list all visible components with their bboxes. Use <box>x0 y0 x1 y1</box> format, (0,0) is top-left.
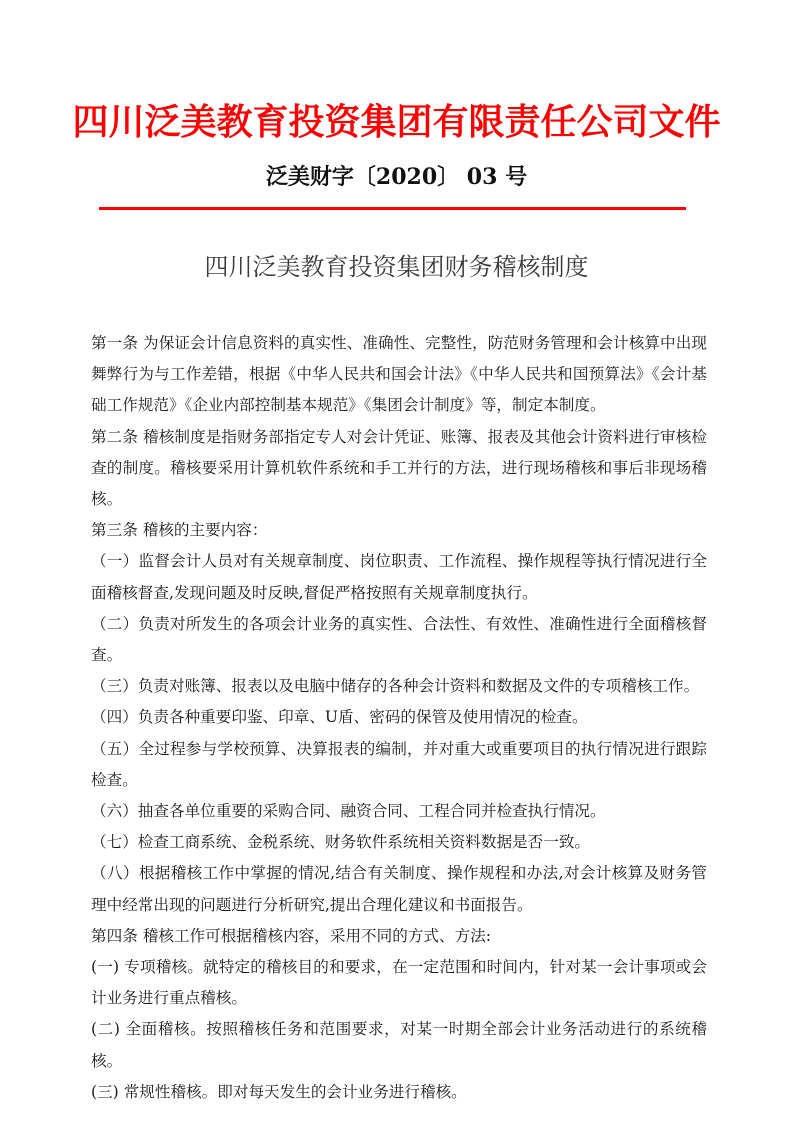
header-red-divider <box>99 207 686 210</box>
article-1: 第一条 为保证会计信息资料的真实性、准确性、完整性，防范财务管理和会计核算中出现… <box>91 328 707 422</box>
article-3-item-8: （八）根据稽核工作中掌握的情况,结合有关制度、操作规程和办法,对会计核算及财务管… <box>91 858 707 920</box>
article-3-item-5: （五）全过程参与学校预算、决算报表的编制，并对重大或重要项目的执行情况进行跟踪检… <box>91 734 707 796</box>
document-page: 四川泛美教育投资集团有限责任公司文件 泛美财字〔2020〕 03 号 四川泛美教… <box>0 0 793 1122</box>
article-3-item-6: （六）抽查各单位重要的采购合同、融资合同、工程合同并检查执行情况。 <box>91 796 707 827</box>
article-3-item-7: （七）检查工商系统、金税系统、财务软件系统相关资料数据是否一致。 <box>91 827 707 858</box>
article-3-item-2: （二）负责对所发生的各项会计业务的真实性、合法性、有效性、准确性进行全面稽核督查… <box>91 609 707 671</box>
organization-header-title: 四川泛美教育投资集团有限责任公司文件 <box>0 99 793 147</box>
article-3-item-4: （四）负责各种重要印鉴、印章、U盾、密码的保管及使用情况的检查。 <box>91 702 707 733</box>
article-4: 第四条 稽核工作可根据稽核内容，采用不同的方式、方法: <box>91 921 707 952</box>
article-3: 第三条 稽核的主要内容： <box>91 515 707 546</box>
article-4-item-2: (二) 全面稽核。按照稽核任务和范围要求，对某一时期全部会计业务活动进行的系统稽… <box>91 1014 707 1076</box>
article-4-item-1: (一) 专项稽核。就特定的稽核目的和要求，在一定范围和时间内，针对某一会计事项或… <box>91 952 707 1014</box>
article-2: 第二条 稽核制度是指财务部指定专人对会计凭证、账簿、报表及其他会计资料进行审核检… <box>91 422 707 516</box>
document-number: 泛美财字〔2020〕 03 号 <box>0 162 793 192</box>
article-3-item-1: （一）监督会计人员对有关规章制度、岗位职责、工作流程、操作规程等执行情况进行全面… <box>91 546 707 608</box>
article-4-item-3: (三) 常规性稽核。即对每天发生的会计业务进行稽核。 <box>91 1077 707 1108</box>
document-title: 四川泛美教育投资集团财务稽核制度 <box>0 250 793 284</box>
document-body: 第一条 为保证会计信息资料的真实性、准确性、完整性，防范财务管理和会计核算中出现… <box>91 328 707 1108</box>
article-3-item-3: （三）负责对账簿、报表以及电脑中储存的各种会计资料和数据及文件的专项稽核工作。 <box>91 671 707 702</box>
